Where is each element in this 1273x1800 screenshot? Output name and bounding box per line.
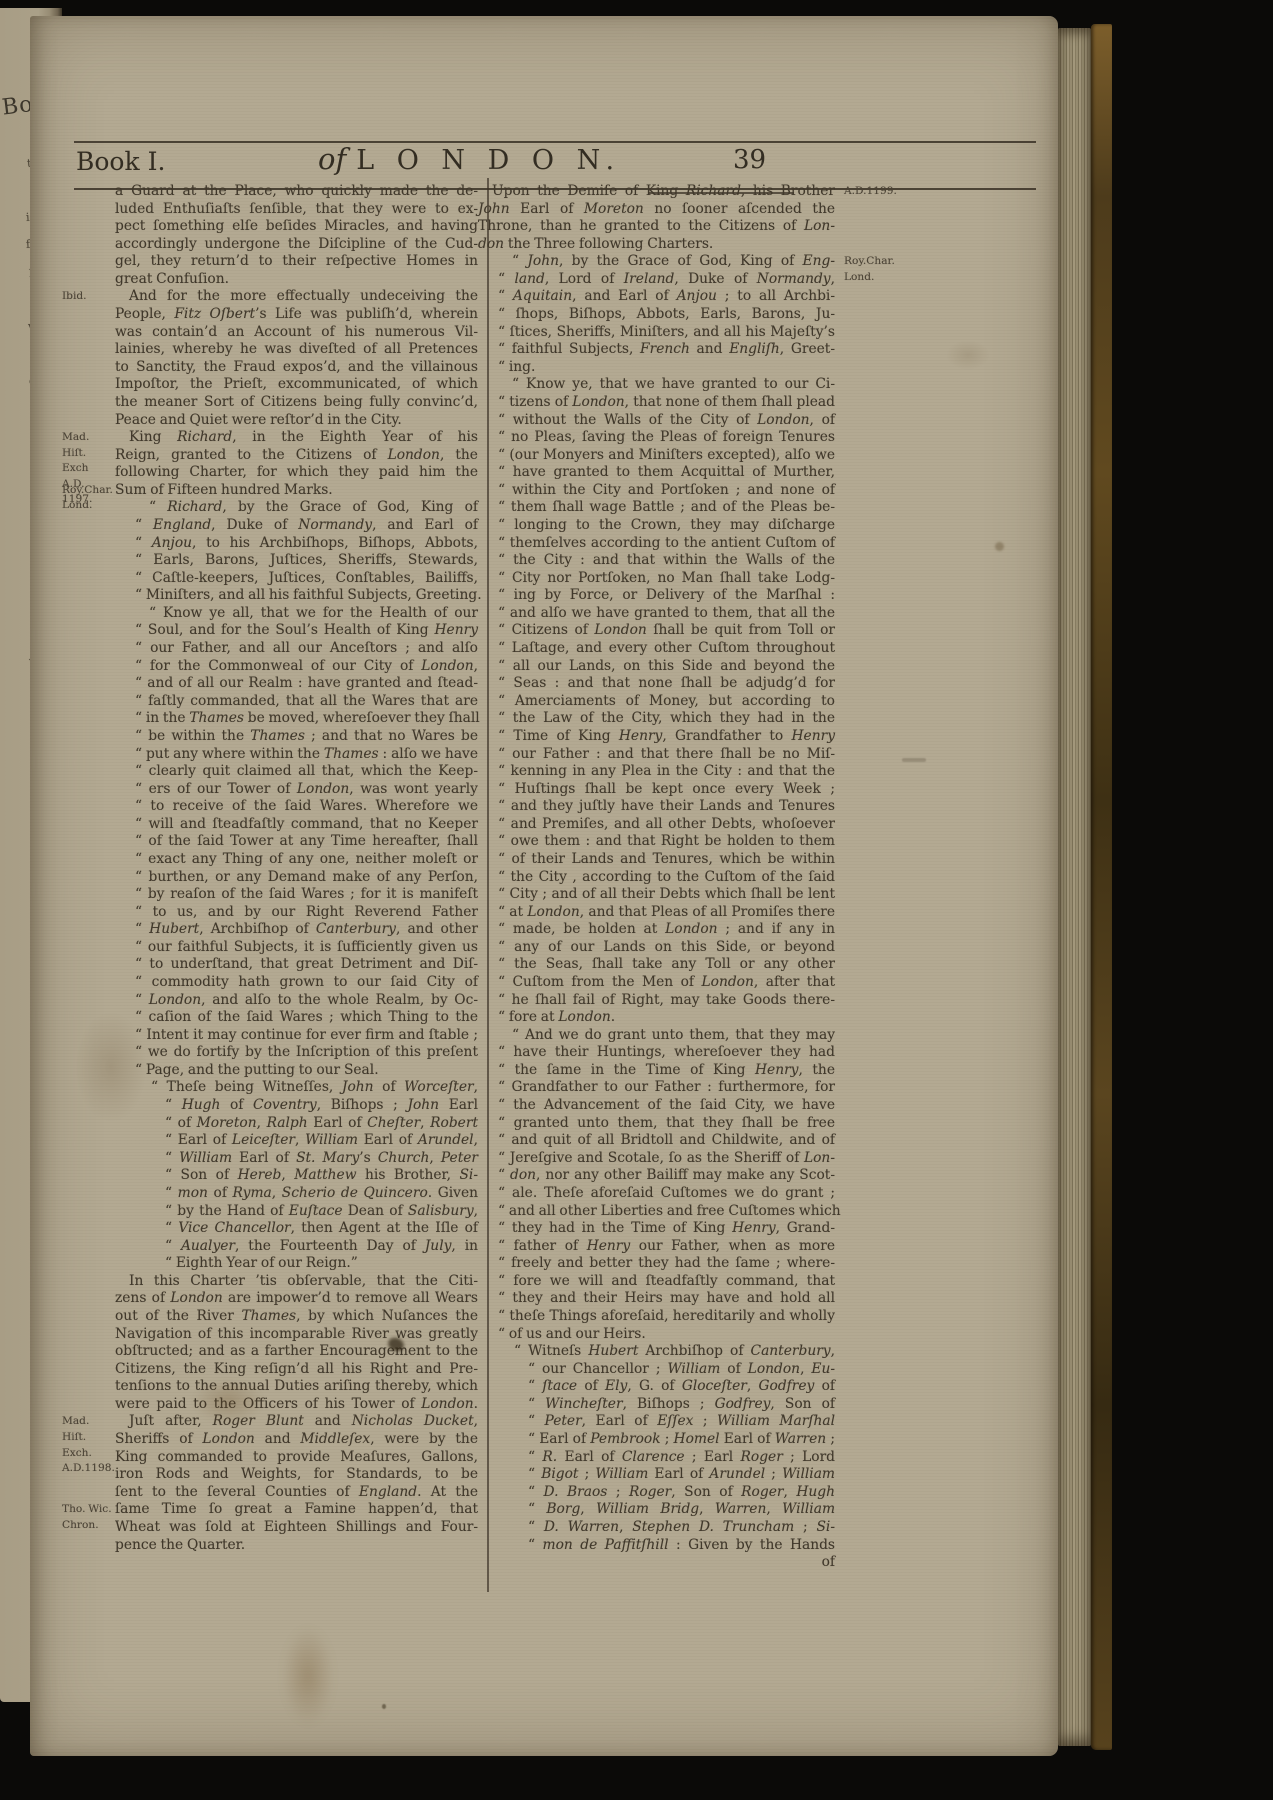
text-line: “ owe them : and that Right be holden to… [478,833,835,851]
text-line: Sheriffs of London and Middleſex, were b… [115,1431,478,1449]
text-line: “ the Advancement of the ſaid City, we h… [478,1097,835,1115]
text-line: In this Charter ’tis obſervable, that th… [115,1273,478,1291]
text-line: “ (our Monyers and Miniſters excepted), … [478,447,835,465]
text-line: “ the Law of the City, which they had in… [478,710,835,728]
text-line: lainies, whereby he was diveſted of all … [115,341,478,359]
text-line: to Sanctity, the Fraud expos’d, and the … [115,359,478,377]
text-line: “ fore we will and ſteadfaſtly command, … [478,1273,835,1291]
text-line: “ for the Commonweal of our City of Lond… [115,658,478,676]
text-line: “ by reaſon of the ſaid Wares ; for it i… [115,886,478,904]
text-line: “ put any where within the Thames : alſo… [115,746,478,764]
text-line: Upon the Demiſe of King Richard, his Bro… [478,183,835,201]
text-line: “ freely and better they had the ſame ; … [478,1255,835,1273]
text-line: “ in the Thames be moved, whereſoever th… [115,710,478,728]
text-line: “ within the City and Portſoken ; and no… [478,482,835,500]
margin-note: Roy.Char.Lond. [844,254,908,285]
text-line: “ Earl of Pembrook ; Homel Earl of Warre… [478,1431,835,1449]
stain [282,1626,334,1726]
text-line: “ Aquitain, and Earl of Anjou ; to all A… [478,288,835,306]
text-line: “ commodity hath grown to our ſaid City … [115,974,478,992]
text-line: “ of the ſaid Tower at any Time hereafte… [115,833,478,851]
text-line: “ clearly quit claimed all that, which t… [115,763,478,781]
text-line: “ don, nor any other Bailiff may make an… [478,1167,835,1185]
left-column: a Guard at the Place, who quickly made t… [115,183,478,1554]
text-line: Impoſtor, the Prieſt, excommunicated, of… [115,376,478,394]
text-line: was contain’d an Account of his numerous… [115,324,478,342]
text-line: “ Intent it may continue for ever firm a… [115,1027,478,1045]
text-line: great Confuſion. [115,271,478,289]
stain [995,542,1004,551]
text-line: “ Hubert, Archbiſhop of Canterbury, and … [115,921,478,939]
text-line: “ Peter, Earl of Eſſex ; William Marſhal [478,1413,835,1431]
text-line: “ our Father : and that there ſhall be n… [478,746,835,764]
text-line: King Richard, in the Eighth Year of hisM… [115,429,478,447]
text-line: Reign, granted to the Citizens of London… [115,447,478,465]
margin-note: Ibid. [62,289,112,305]
text-line: “ our Chancellor ; William of London, Eu… [478,1361,835,1379]
text-line: gel, they return’d to their reſpective H… [115,253,478,271]
text-line: “ theſe Things aforeſaid, hereditarily a… [478,1308,835,1326]
text-line: “ Know ye all, that we for the Health of… [115,605,478,623]
text-line: of [478,1554,835,1572]
text-line: “ Laſtage, and every other Cuſtom throug… [478,640,835,658]
book-label: Book I. [76,147,165,176]
text-line: “ D. Warren, Stephen D. Truncham ; Si- [478,1519,835,1537]
text-line: Sum of Fifteen hundred Marks.Roy.Char.Lo… [115,482,478,500]
text-line: “ Borg, William Bridg, Warren, William [478,1501,835,1519]
text-line: “ father of Henry our Father, when as mo… [478,1238,835,1256]
margin-note: Mad. Hiſt.Exch.A.D.1198. [62,1414,112,1476]
text-line: “ ers of our Tower of London, was wont y… [115,781,478,799]
text-line: And for the more effectually undeceiving… [115,288,478,306]
text-line: “ all our Lands, on this Side and beyond… [478,658,835,676]
text-line: zens of London are impower’d to remove a… [115,1290,478,1308]
page-number: 39 [733,145,766,175]
text-line: “ burthen, or any Demand make of any Per… [115,869,478,887]
text-line: Navigation of this incomparable River wa… [115,1326,478,1344]
text-line: tenſions to the annual Duties ariſing th… [115,1378,478,1396]
margin-note: Tho. Wic.Chron. [62,1502,112,1533]
text-line: “ Huſtings ſhall be kept once every Week… [478,781,835,799]
text-line: pect ſomething elſe beſides Miracles, an… [115,218,478,236]
text-line: “ Jereſgive and Scotale, ſo as the Sheri… [478,1150,835,1168]
text-line: “ Earl of Leiceſter, William Earl of Aru… [115,1132,478,1150]
margin-note: A.D.1199. [844,184,908,200]
text-line: Peace and Quiet were reſtor’d in the Cit… [115,412,478,430]
text-line: “ ſtices, Sheriffs, Miniſters, and all h… [478,324,835,342]
text-line: “ and alſo we have granted to them, that… [478,605,835,623]
text-line: “ any of our Lands on this Side, or beyo… [478,939,835,957]
text-line: “ at London, and that Pleas of all Promi… [478,904,835,922]
margin-note: Roy.Char.Lond. [62,483,112,514]
text-line: “ City nor Portſoken, no Man ſhall take … [478,570,835,588]
text-line: “ granted unto them, that they ſhall be … [478,1115,835,1133]
text-line: “ of their Lands and Tenures, which be w… [478,851,835,869]
text-line: “ made, be holden at London ; and if any… [478,921,835,939]
text-line: “ tizens of London, that none of them ſh… [478,394,835,412]
text-line: People, Fitz Oſbert’s Life was publiſh’d… [115,306,478,324]
text-line: Wheat was ſold at Eighteen Shillings and… [115,1519,478,1537]
page: Book I. ofL O N D O N. 39 a Guard at the… [30,16,1058,1756]
text-line: “ R. Earl of Clarence ; Earl Roger ; Lor… [478,1449,835,1467]
right-column: Upon the Demiſe of King Richard, his Bro… [478,183,835,1572]
text-line: “ the ſame in the Time of King Henry, th… [478,1062,835,1080]
text-line: “ Richard, by the Grace of God, King of [115,499,478,517]
text-line: “ longing to the Crown, they may diſchar… [478,517,835,535]
text-line: “ Page, and the putting to our Seal. [115,1062,478,1080]
text-line: “ Seas : and that none ſhall be adjudg’d… [478,675,835,693]
text-line: “ And we do grant unto them, that they m… [478,1027,835,1045]
text-line: “ faſtly commanded, that all the Wares t… [115,693,478,711]
text-line: “ them ſhall wage Battle ; and of the Pl… [478,499,835,517]
text-line: King commanded to provide Meaſures, Gall… [115,1449,478,1467]
text-line: “ faithful Subjects, French and Engliſh,… [478,341,835,359]
text-line: “ and Premiſes, and all other Debts, who… [478,816,835,834]
bleedthrough-mark [902,758,926,762]
text-line: “ Earls, Barons, Juſtices, Sheriffs, Ste… [115,552,478,570]
text-line: a Guard at the Place, who quickly made t… [115,183,478,201]
book-pages-fore-edge [1058,28,1091,1746]
text-line: “ have granted to them Acquittal of Murt… [478,464,835,482]
text-line: Throne, than he granted to the Citizens … [478,218,835,236]
text-line: “ Time of King Henry, Grandfather to Hen… [478,728,835,746]
text-line: “ Vice Chancellor, then Agent at the Iſl… [115,1220,478,1238]
text-line: “ Know ye, that we have granted to our C… [478,376,835,394]
text-line: “ John, by the Grace of God, King of Eng… [478,253,835,271]
text-line: ſame Time ſo great a Famine happen’d, th… [115,1501,478,1519]
text-line: “ they had in the Time of King Henry, Gr… [478,1220,835,1238]
text-line: “ ale. Theſe aforeſaid Cuſtomes we do gr… [478,1185,835,1203]
text-line: “ Aualyer, the Fourteenth Day of July, i… [115,1238,478,1256]
text-line: “ our Father, and all our Anceſtors ; an… [115,640,478,658]
text-line: “ ſtace of Ely, G. of Gloceſter, Godfrey… [478,1378,835,1396]
text-line: “ Bigot ; William Earl of Arundel ; Will… [478,1466,835,1484]
text-line: “ the City : and that within the Walls o… [478,552,835,570]
text-line: “ mon of Ryma, Scherio de Quincero. Give… [115,1185,478,1203]
text-line: “ will and ſteadfaſtly command, that no … [115,816,478,834]
text-line: “ Miniſters, and all his faithful Subjec… [115,587,478,605]
text-line: “ caſion of the ſaid Wares ; which Thing… [115,1009,478,1027]
text-line: iron Rods and Weights, for Standards, to… [115,1466,478,1484]
text-line: were paid to the Officers of his Tower o… [115,1396,478,1414]
text-line: “ be within the Thames ; and that no War… [115,728,478,746]
text-line: “ Cuſtom from the Men of London, after t… [478,974,835,992]
text-line: “ City ; and of all their Debts which ſh… [478,886,835,904]
speck [382,1704,386,1709]
text-line: “ D. Braos ; Roger, Son of Roger, Hugh [478,1484,835,1502]
text-line: John Earl of Moreton no ſooner aſcended … [478,201,835,219]
text-line: “ kenning in any Plea in the City : and … [478,763,835,781]
text-line: “ Wincheſter, Biſhops ; Godfrey, Son of [478,1396,835,1414]
text-line: “ we do fortify by the Inſcription of th… [115,1044,478,1062]
text-line: “ Eighth Year of our Reign.” [115,1255,478,1273]
text-line: “ Amerciaments of Money, but according t… [478,693,835,711]
text-line: “ of Moreton, Ralph Earl of Cheſter, Rob… [115,1115,478,1133]
text-line: “ Witneſs Hubert Archbiſhop of Canterbur… [478,1343,835,1361]
text-line: “ and of all our Realm : have granted an… [115,675,478,693]
title-of: of [318,142,346,176]
text-line: “ Citizens of London ſhall be quit from … [478,622,835,640]
book-photograph: Book tion,byid orf thepor-ex-withInſ-cca… [0,0,1273,1800]
text-line: ſent to the ſeveral Counties of England.… [115,1484,478,1502]
text-line: “ have their Huntings, whereſoever they … [478,1044,835,1062]
text-line: “ and all other Liberties and free Cuſto… [478,1203,835,1221]
text-line: “ Anjou, to his Archbiſhops, Biſhops, Ab… [115,535,478,553]
text-line: “ William Earl of St. Mary’s Church, Pet… [115,1150,478,1168]
text-line: “ ſhops, Biſhops, Abbots, Earls, Barons,… [478,306,835,324]
text-line: “ to us, and by our Right Reverend Fathe… [115,904,478,922]
text-line: “ they and their Heirs may have and hold… [478,1290,835,1308]
text-line: “ he ſhall fail of Right, may take Goods… [478,992,835,1010]
text-line: “ Caſtle-keepers, Juſtices, Conſtables, … [115,570,478,588]
book-cover-edge [1091,24,1112,1750]
text-line: “ Theſe being Witneſſes, John of Worceſt… [115,1079,478,1097]
text-line: “ Soul, and for the Soul’s Health of Kin… [115,622,478,640]
text-line: “ Hugh of Coventry, Biſhops ; John Earl [115,1097,478,1115]
text-line: “ themſelves according to the antient Cu… [478,535,835,553]
text-line: “ the Seas, ſhall take any Toll or any o… [478,956,835,974]
text-line: out of the River Thames, by which Nuſanc… [115,1308,478,1326]
text-line: don the Three following Charters. [478,236,835,254]
title-word: L O N D O N. [356,145,621,176]
text-line: “ of us and our Heirs. [478,1326,835,1344]
text-line: Citizens, the King reſign’d all his Righ… [115,1361,478,1379]
text-line: luded Enthuſiaſts ſenſible, that they we… [115,201,478,219]
stain [946,340,990,370]
text-line: Juſt after, Roger Blunt and Nicholas Duc… [115,1413,478,1431]
text-line: accordingly undergone the Diſcipline of … [115,236,478,254]
text-line: “ mon de Paffitſhill : Given by the Hand… [478,1537,835,1555]
text-line: “ to receive of the ſaid Wares. Wherefor… [115,798,478,816]
text-line: “ the City , according to the Cuſtom of … [478,869,835,887]
text-line: “ Grandfather to our Father : furthermor… [478,1079,835,1097]
text-line: “ ing by Force, or Delivery of the Marſh… [478,587,835,605]
text-line: “ no Pleas, ſaving the Pleas of foreign … [478,429,835,447]
text-line: “ by the Hand of Euſtace Dean of Salisbu… [115,1203,478,1221]
text-line: “ fore at London. [478,1009,835,1027]
text-line: “ land, Lord of Ireland, Duke of Normand… [478,271,835,289]
text-line: obſtructed; and as a farther Encourageme… [115,1343,478,1361]
text-line: “ exact any Thing of any one, neither mo… [115,851,478,869]
text-line: “ ing. [478,359,835,377]
text-line: “ to underſtand, that great Detriment an… [115,956,478,974]
text-line: “ Son of Hereb, Matthew his Brother, Si- [115,1167,478,1185]
text-line: pence the Quarter. [115,1537,478,1555]
text-line: “ and quit of all Bridtoll and Childwite… [478,1132,835,1150]
text-line: “ London, and alſo to the whole Realm, b… [115,992,478,1010]
text-line: “ and they juſtly have their Lands and T… [478,798,835,816]
text-line: the meaner Sort of Citizens being fully … [115,394,478,412]
text-line: “ England, Duke of Normandy, and Earl of [115,517,478,535]
text-line: “ without the Walls of the City of Londo… [478,412,835,430]
text-line: “ our faithful Subjects, it is ſufficien… [115,939,478,957]
page-title: ofL O N D O N. [318,142,621,176]
text-line: following Charter, for which they paid h… [115,464,478,482]
